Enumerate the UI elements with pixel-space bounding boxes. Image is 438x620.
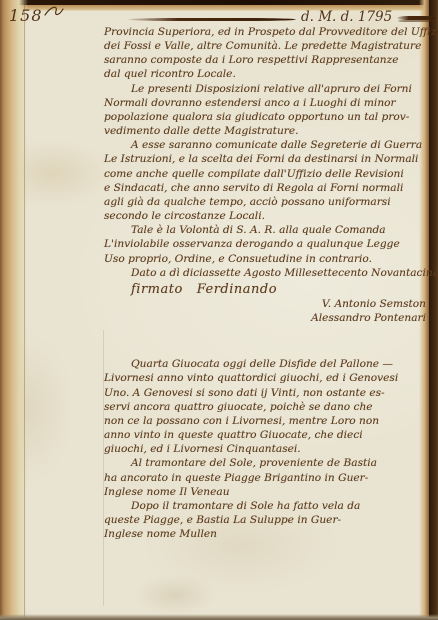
manuscript-text: Provincia Superiora, ed in Prospeto dal … [104, 25, 436, 541]
manuscript-line: Dopo il tramontare di Sole ha fatto vela… [104, 499, 436, 513]
manuscript-line: Le presenti Disposizioni relative all'ap… [104, 82, 436, 96]
manuscript-line: Provincia Superiora, ed in Prospeto dal … [104, 25, 436, 39]
manuscript-line: dei Fossi e Valle, altre Comunità. Le pr… [104, 39, 436, 53]
manuscript-line: ha ancorato in queste Piagge Brigantino … [104, 471, 436, 485]
book-edge-bottom [0, 614, 438, 620]
manuscript-line: Inglese nome Mullen [104, 527, 436, 541]
manuscript-line: Inglese nome Il Veneau [104, 485, 436, 499]
manuscript-line: come anche quelle compilate dall'Uffizio… [104, 167, 436, 181]
manuscript-photo: 158 d. M. d. 1795 Provincia Superiora, e… [0, 0, 438, 620]
manuscript-line: V. Antonio Semston [104, 297, 436, 311]
manuscript-line: popolazione qualora sia giudicato opport… [104, 110, 436, 124]
manuscript-line: Tale è la Volontà di S. A. R. alla quale… [104, 223, 436, 237]
manuscript-line: Al tramontare del Sole, proveniente de B… [104, 456, 436, 470]
manuscript-line: servi ancora quattro giuocate, poichè se… [104, 400, 436, 414]
page-number-value: 158 [9, 6, 43, 25]
manuscript-line: Uso proprio, Ordine, e Consuetudine in c… [104, 252, 436, 266]
manuscript-line: queste Piagge, e Bastia La Suluppe in Gu… [104, 513, 436, 527]
manuscript-line: anno vinto in queste quattro Giuocate, c… [104, 428, 436, 442]
header-rule-right [397, 16, 436, 20]
manuscript-line: non ce la possano con i Livornesi, mentr… [104, 414, 436, 428]
manuscript-line: Normali dovranno estendersi anco a i Luo… [104, 96, 436, 110]
page-number: 158 [9, 6, 64, 25]
manuscript-line: giuochi, ed i Livornesi Cinquantasei. [104, 442, 436, 456]
manuscript-line: Alessandro Pontenari [104, 311, 436, 325]
manuscript-line: saranno composte da i Loro respettivi Ra… [104, 53, 436, 67]
manuscript-line: Dato a dì diciassette Agosto Millesettec… [104, 266, 436, 280]
manuscript-line: L'inviolabile osservanza derogando a qua… [104, 237, 436, 251]
header-date: d. M. d. 1795 [296, 9, 397, 25]
manuscript-line: agli già da qualche tempo, acciò possano… [104, 195, 436, 209]
page-fold-crease [24, 0, 25, 620]
manuscript-line: Livornesi anno vinto quattordici giuochi… [104, 371, 436, 385]
manuscript-line: e Sindacati, che anno servito di Regola … [104, 181, 436, 195]
manuscript-line: Le Istruzioni, e la scelta dei Forni da … [104, 152, 436, 166]
page-number-flourish-icon [44, 4, 64, 20]
header-date-row: d. M. d. 1795 [128, 7, 436, 27]
manuscript-line: firmato Ferdinando [104, 283, 436, 297]
manuscript-line: Uno. A Genovesi si sono dati ij Vinti, n… [104, 386, 436, 400]
header-rule-left [128, 18, 296, 21]
manuscript-line: Quarta Giuocata oggi delle Disfide del P… [104, 357, 436, 371]
manuscript-line: secondo le circostanze Locali. [104, 209, 436, 223]
manuscript-line: A esse saranno comunicate dalle Segreter… [104, 138, 436, 152]
manuscript-line: dal quel ricontro Locale. [104, 67, 436, 81]
manuscript-line: vedimento dalle dette Magistrature. [104, 124, 436, 138]
